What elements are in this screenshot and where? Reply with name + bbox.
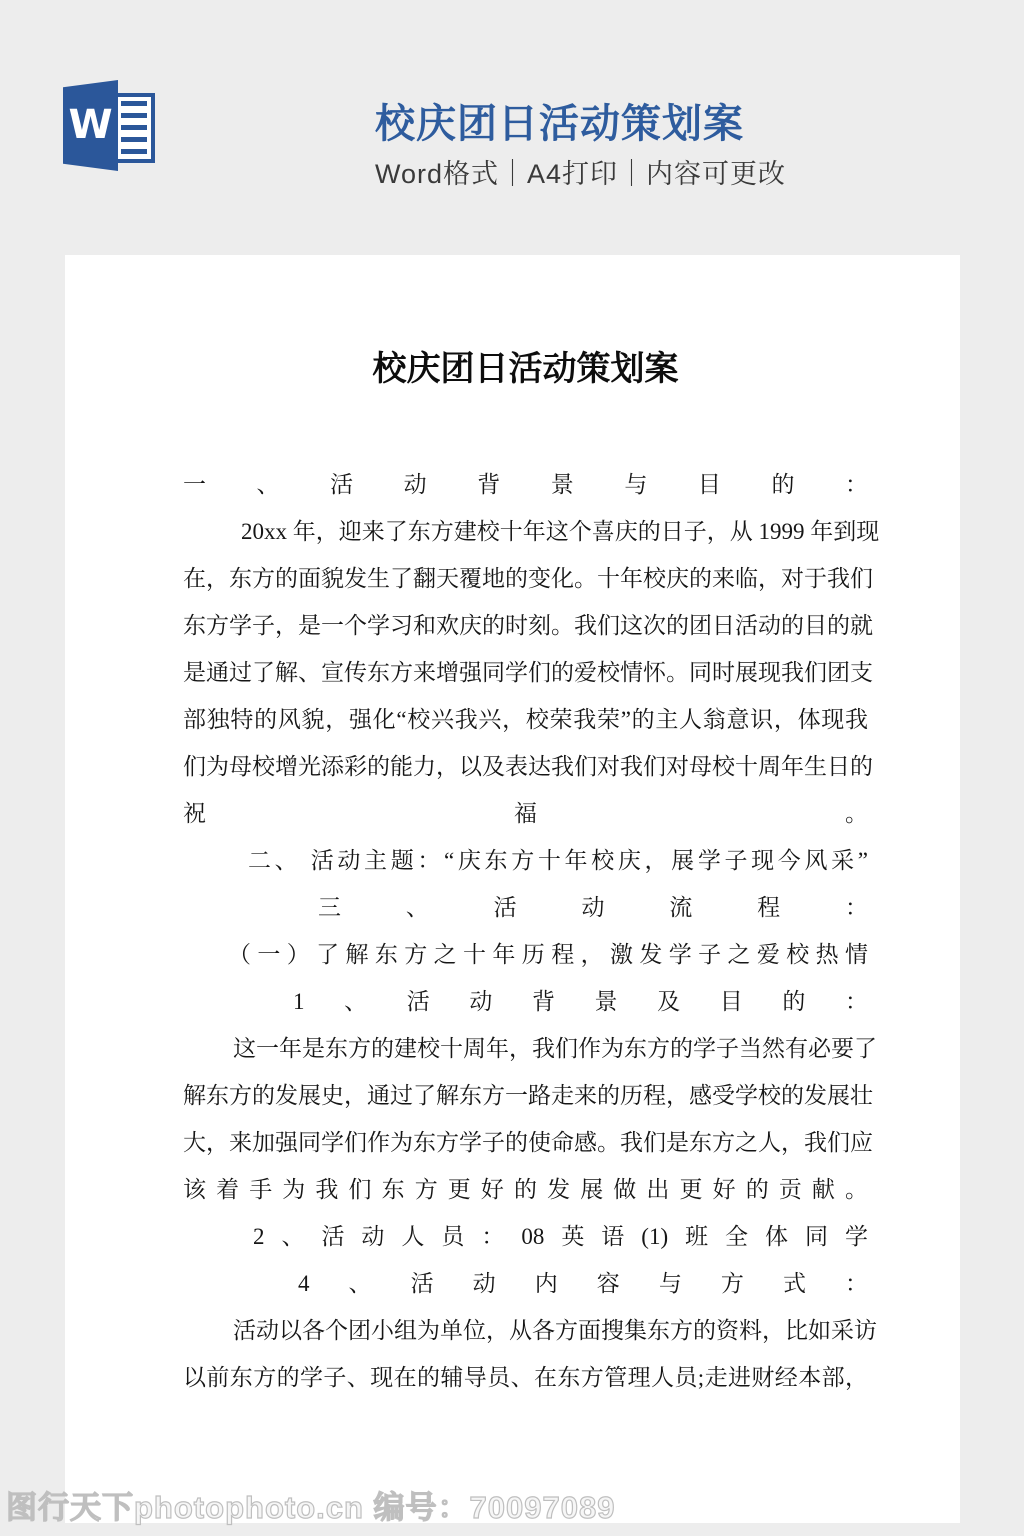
word-icon: W [63, 80, 158, 172]
header-subtitle: Word格式｜A4打印｜内容可更改 [375, 152, 786, 191]
document-line: 以前东方的学子、现在的辅导员、在东方管理人员;走进财经本部， [183, 1354, 868, 1401]
document-line: 三、活动流程： [183, 884, 868, 931]
site-watermark: 图行天下photophoto.cn 编号：70097089 [6, 1482, 615, 1527]
document-line: 4、活动内容与方式： [183, 1260, 868, 1307]
document-line: 这一年是东方的建校十周年，我们作为东方的学子当然有必要了 [183, 1025, 868, 1072]
document-line: 二、 活动主题：“庆东方十年校庆，展学子现今风采” [183, 837, 868, 884]
document-line: 20xx 年，迎来了东方建校十年这个喜庆的日子，从 1999 年到现 [183, 508, 868, 555]
document-page: 校庆团日活动策划案 一、活动背景与目的： 20xx 年，迎来了东方建校十年这个喜… [65, 255, 960, 1523]
document-line: 东方学子，是一个学习和欢庆的时刻。我们这次的团日活动的目的就 [183, 602, 868, 649]
document-line: 一、活动背景与目的： [183, 461, 868, 508]
document-line: 活动以各个团小组为单位，从各方面搜集东方的资料，比如采访 [183, 1307, 868, 1354]
document-title: 校庆团日活动策划案 [183, 347, 868, 393]
document-line: 大，来加强同学们作为东方学子的使命感。我们是东方之人，我们应 [183, 1119, 868, 1166]
word-icon-document-lines [121, 101, 147, 155]
document-line: 部独特的风貌，强化“校兴我兴，校荣我荣”的主人翁意识，体现我 [183, 696, 868, 743]
document-line: 该着手为我们东方更好的发展做出更好的贡献。 [183, 1166, 868, 1213]
document-line: （一）了解东方之十年历程，激发学子之爱校热情 [183, 931, 868, 978]
document-line: 解东方的发展史，通过了解东方一路走来的历程，感受学校的发展壮 [183, 1072, 868, 1119]
word-icon-document [113, 93, 155, 163]
header-title: 校庆团日活动策划案 [375, 92, 744, 149]
document-line: 是通过了解、宣传东方来增强同学们的爱校情怀。同时展现我们团支 [183, 649, 868, 696]
site-header: W 校庆团日活动策划案 Word格式｜A4打印｜内容可更改 [0, 0, 1024, 255]
document-line: 们为母校增光添彩的能力，以及表达我们对我们对母校十周年生日的 [183, 743, 868, 790]
document-line: 祝福。 [183, 790, 868, 837]
word-icon-letter: W [68, 102, 112, 148]
document-line: 在，东方的面貌发生了翻天覆地的变化。十年校庆的来临，对于我们 [183, 555, 868, 602]
document-line: 2、活动人员：08英语(1)班全体同学 [183, 1213, 868, 1260]
document-line: 1、活动背景及目的： [183, 978, 868, 1025]
word-icon-sheet: W [63, 80, 118, 171]
document-content: 校庆团日活动策划案 一、活动背景与目的： 20xx 年，迎来了东方建校十年这个喜… [183, 255, 868, 1401]
